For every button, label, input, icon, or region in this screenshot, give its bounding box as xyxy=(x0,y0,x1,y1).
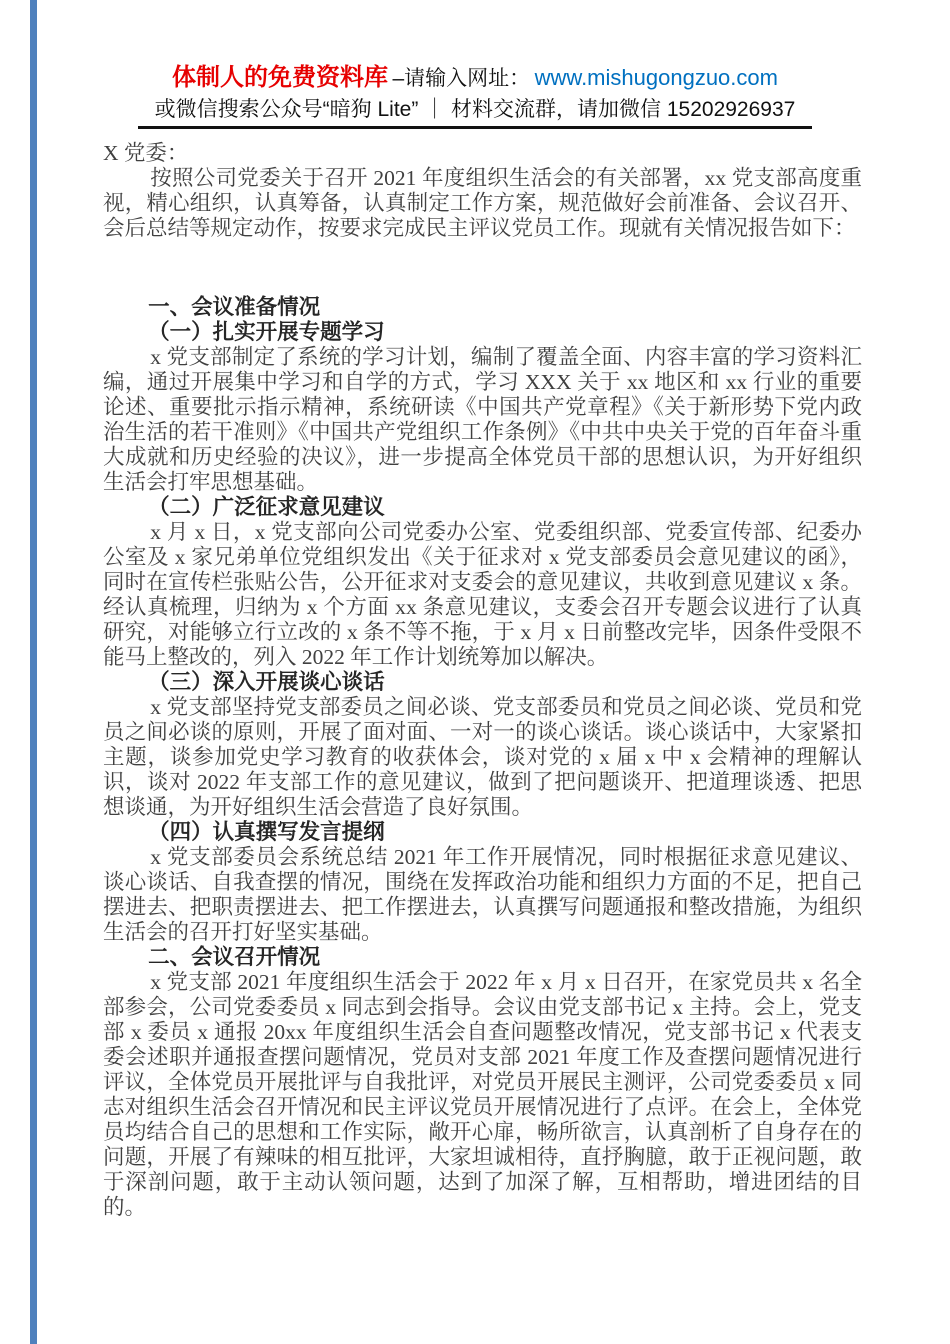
paragraph-1-2: x 月 x 日，x 党支部向公司党委办公室、党委组织部、党委宣传部、纪委办公室及… xyxy=(103,520,862,670)
promo-url-label: –请输入网址： xyxy=(392,67,530,90)
section-heading-1: 一、会议准备情况 xyxy=(103,295,862,320)
subsection-heading-1-3: （三）深入开展谈心谈话 xyxy=(103,670,862,695)
subsection-heading-1-2: （二）广泛征求意见建议 xyxy=(103,495,862,520)
paragraph-2-1: x 党支部 2021 年度组织生活会于 2022 年 x 月 x 日召开，在家党… xyxy=(103,970,862,1220)
subsection-heading-1-4: （四）认真撰写发言提纲 xyxy=(103,820,862,845)
document-body: X 党委： 按照公司党委关于召开 2021 年度组织生活会的有关部署，xx 党支… xyxy=(0,129,950,1220)
salutation: X 党委： xyxy=(103,141,862,166)
paragraph-1-4: x 党支部委员会系统总结 2021 年工作开展情况，同时根据征求意见建议、谈心谈… xyxy=(103,845,862,945)
promo-header-line1: 体制人的免费资料库 –请输入网址： www.mishugongzuo.com xyxy=(0,64,950,95)
blank-gap xyxy=(103,241,862,295)
subsection-heading-1-1: （一）扎实开展专题学习 xyxy=(103,320,862,345)
promo-url-link[interactable]: www.mishugongzuo.com xyxy=(535,65,778,90)
promo-header: 体制人的免费资料库 –请输入网址： www.mishugongzuo.com 或… xyxy=(0,0,950,129)
promo-contact-line: 或微信搜索公众号“暗狗 Lite” ｜ 材料交流群，请加微信 152029269… xyxy=(0,97,950,122)
promo-site-name: 体制人的免费资料库 xyxy=(172,64,388,91)
paragraph-1-1: x 党支部制定了系统的学习计划，编制了覆盖全面、内容丰富的学习资料汇编，通过开展… xyxy=(103,345,862,495)
intro-paragraph: 按照公司党委关于召开 2021 年度组织生活会的有关部署，xx 党支部高度重视，… xyxy=(103,166,862,241)
section-heading-2: 二、会议召开情况 xyxy=(103,945,862,970)
left-accent-bar xyxy=(30,0,37,1344)
paragraph-1-3: x 党支部坚持党支部委员之间必谈、党支部委员和党员之间必谈、党员和党员之间必谈的… xyxy=(103,695,862,820)
